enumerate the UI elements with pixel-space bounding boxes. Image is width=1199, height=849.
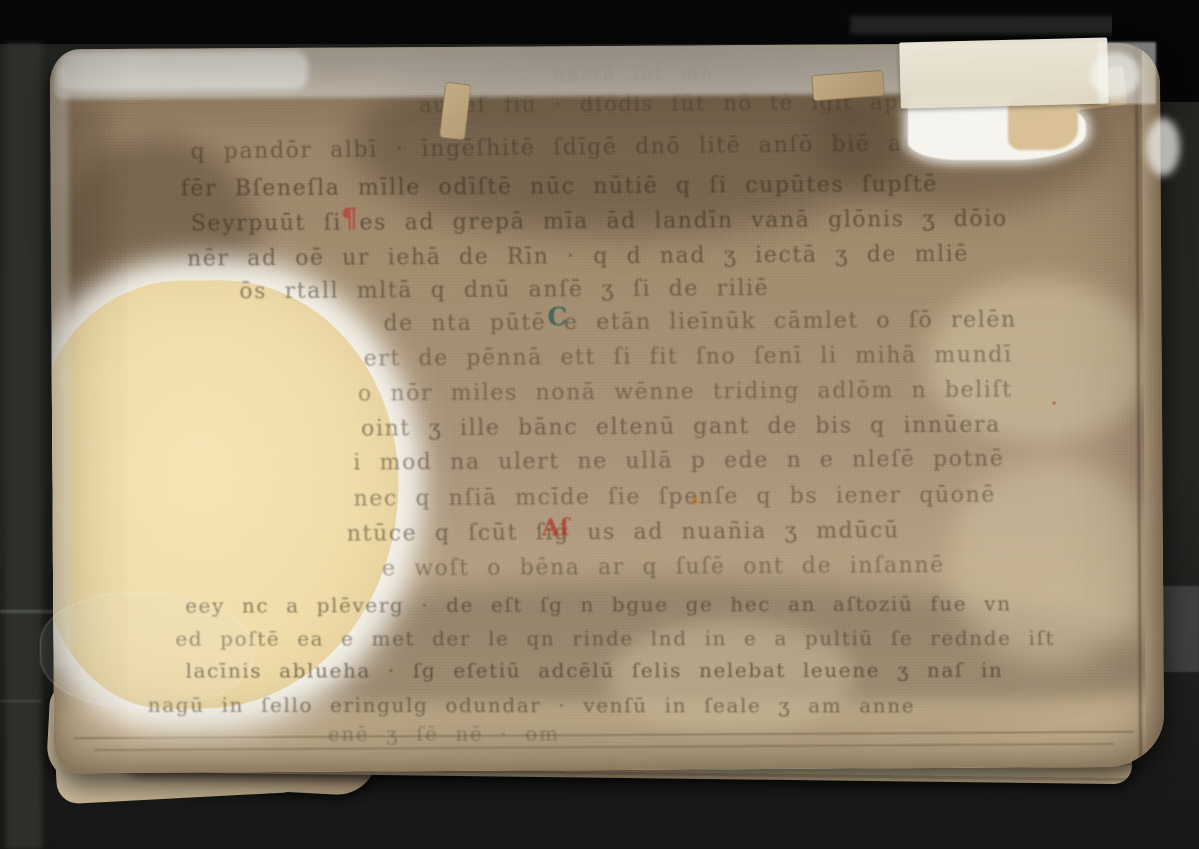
cradle-edge-line-2 [0, 700, 42, 702]
tape-top-right [899, 37, 1109, 108]
backdrop-left-band [6, 44, 42, 849]
torn-repair-tan-area [1008, 98, 1078, 150]
glass-weight [40, 592, 255, 708]
tissue-fuzz-right-edge [1146, 118, 1180, 176]
tissue-fuzz-corner [1090, 52, 1140, 98]
manuscript-photo-scene: ānetē ſūt mōaudeſ fiū · dſōdis ſūt nō tē… [0, 0, 1199, 849]
cradle-edge-line [0, 610, 58, 613]
